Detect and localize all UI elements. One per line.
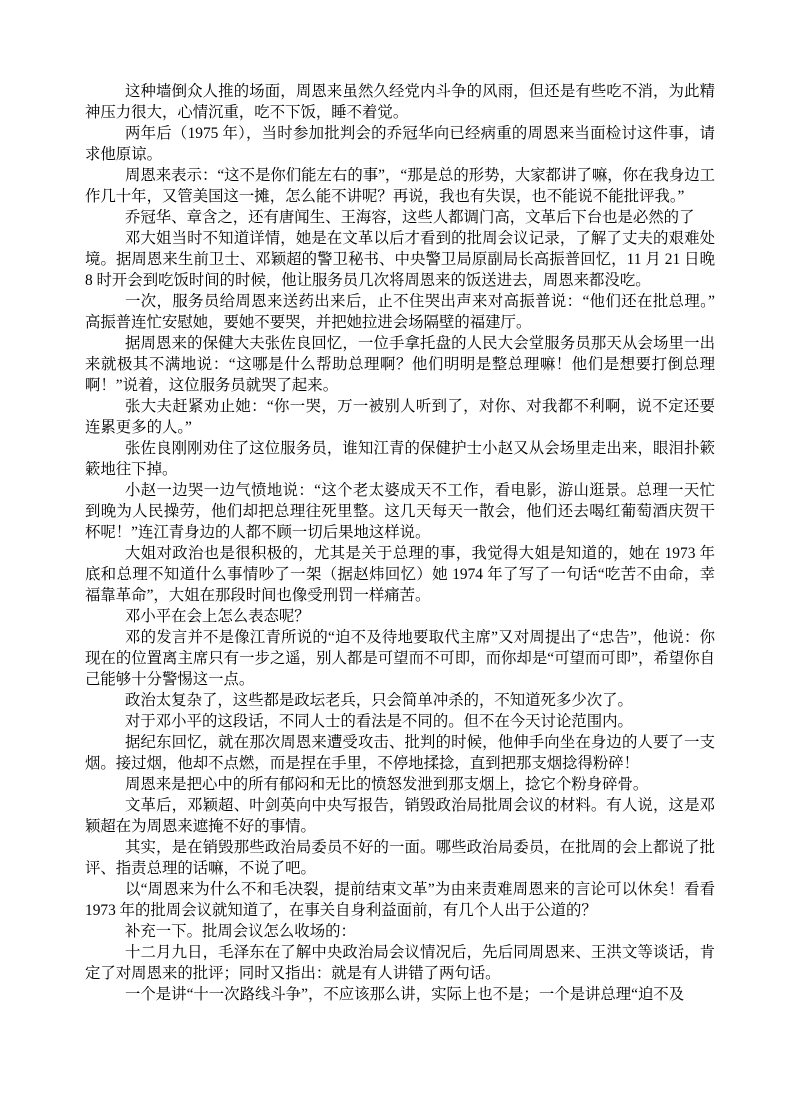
- paragraph: 周恩来是把心中的所有郁闷和无比的愤怒发泄到那支烟上，捻它个粉身碎骨。: [85, 774, 715, 795]
- paragraph: 以“周恩来为什么不和毛决裂，提前结束文革”为由来责难周恩来的言论可以休矣！看看 …: [85, 879, 715, 921]
- paragraph: 文革后，邓颖超、叶剑英向中央写报告，销毁政治局批周会议的材料。有人说，这是邓颖超…: [85, 795, 715, 837]
- paragraph: 乔冠华、章含之，还有唐闻生、王海容，这些人都调门高，文革后下台也是必然的了: [85, 207, 715, 228]
- paragraph: 据周恩来的保健大夫张佐良回忆，一位手拿托盘的人民大会堂服务员那天从会场里一出来就…: [85, 333, 715, 396]
- paragraph: 周恩来表示：“这不是你们能左右的事”，“那是总的形势，大家都讲了嘛，你在我身边工…: [85, 165, 715, 207]
- paragraph: 这种墙倒众人推的场面，周恩来虽然久经党内斗争的风雨，但还是有些吃不消，为此精神压…: [85, 81, 715, 123]
- paragraph: 小赵一边哭一边气愤地说：“这个老太婆成天不工作，看电影，游山逛景。总理一天忙到晚…: [85, 480, 715, 543]
- paragraph: 其实，是在销毁那些政治局委员不好的一面。哪些政治局委员，在批周的会上都说了批评、…: [85, 837, 715, 879]
- paragraph: 补充一下。批周会议怎么收场的：: [85, 921, 715, 942]
- paragraph: 张大夫赶紧劝止她：“你一哭，万一被别人听到了，对你、对我都不利啊，说不定还要连累…: [85, 396, 715, 438]
- paragraph: 两年后（1975 年），当时参加批判会的乔冠华向已经病重的周恩来当面检讨这件事，…: [85, 123, 715, 165]
- paragraph: 一次，服务员给周恩来送药出来后，止不住哭出声来对高振普说：“他们还在批总理。”高…: [85, 291, 715, 333]
- paragraph: 邓大姐当时不知道详情，她是在文革以后才看到的批周会议记录，了解了丈夫的艰难处境。…: [85, 228, 715, 291]
- paragraph: 邓小平在会上怎么表态呢？: [85, 606, 715, 627]
- paragraph: 张佐良刚刚劝住了这位服务员，谁知江青的保健护士小赵又从会场里走出来，眼泪扑簌簌地…: [85, 438, 715, 480]
- paragraph: 一个是讲“十一次路线斗争”，不应该那么讲，实际上也不是；一个是讲总理“迫不及: [85, 984, 715, 1005]
- paragraph: 邓的发言并不是像江青所说的“迫不及待地要取代主席”又对周提出了“忠告”，他说：你…: [85, 627, 715, 690]
- paragraph: 政治太复杂了，这些都是政坛老兵，只会简单冲杀的，不知道死多少次了。: [85, 690, 715, 711]
- paragraph: 十二月九日，毛泽东在了解中央政治局会议情况后，先后同周恩来、王洪文等谈话，肯定了…: [85, 942, 715, 984]
- document-page: 这种墙倒众人推的场面，周恩来虽然久经党内斗争的风雨，但还是有些吃不消，为此精神压…: [0, 0, 800, 1100]
- paragraph: 据纪东回忆，就在那次周恩来遭受攻击、批判的时候，他伸手向坐在身边的人要了一支烟。…: [85, 732, 715, 774]
- paragraph: 对于邓小平的这段话，不同人士的看法是不同的。但不在今天讨论范围内。: [85, 711, 715, 732]
- paragraph: 大姐对政治也是很积极的，尤其是关于总理的事，我觉得大姐是知道的，她在 1973 …: [85, 543, 715, 606]
